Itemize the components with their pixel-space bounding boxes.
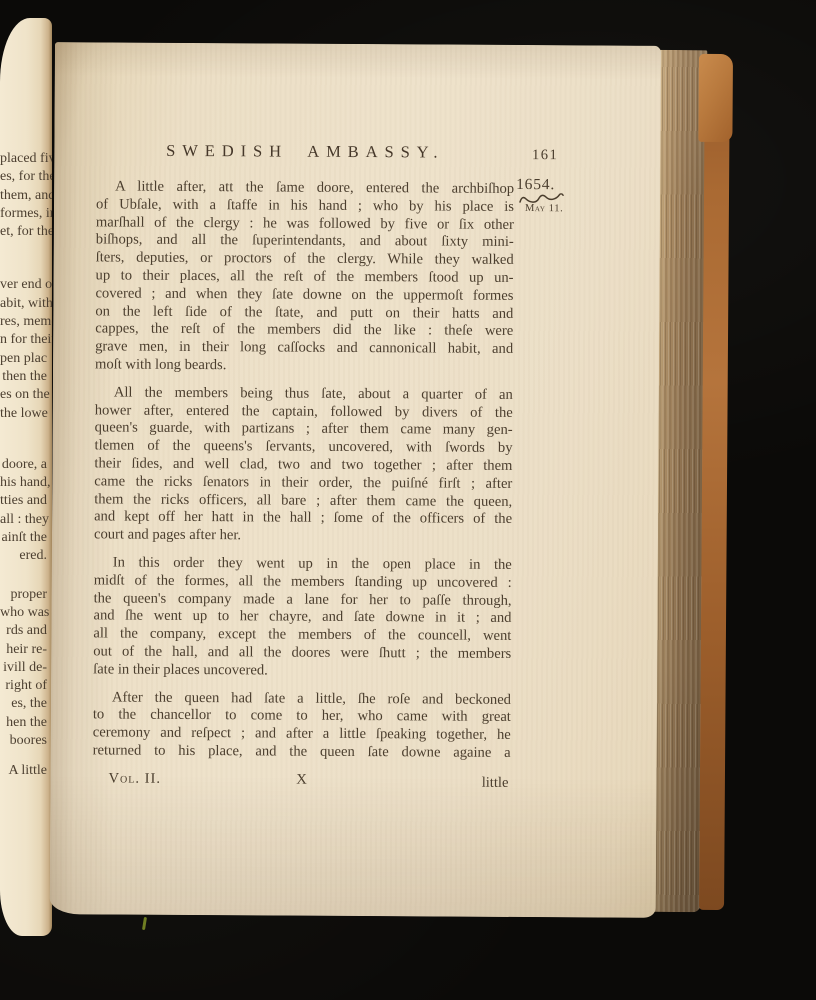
text-line: ſate in their places uncovered. xyxy=(93,661,511,681)
facing-page-line: them, and xyxy=(0,187,52,205)
page-number: 161 xyxy=(532,147,558,164)
footer-row: Vol. II. X little xyxy=(92,770,510,793)
facing-page-line: et, for the xyxy=(0,223,52,241)
margin-day: May 11. xyxy=(516,203,594,214)
facing-page-line: ver end of xyxy=(0,276,52,294)
facing-page-line: es, for the xyxy=(0,168,52,186)
facing-page-line: abit, with xyxy=(0,295,52,313)
volume-label: Vol. II. xyxy=(108,770,161,787)
facing-page-line: n for their xyxy=(0,331,52,349)
facing-page-line: heir re- xyxy=(0,641,52,659)
margin-year: 1654. xyxy=(516,176,594,194)
facing-page-line: the lowe xyxy=(0,405,52,423)
stray-fiber xyxy=(142,917,147,930)
paragraph: In this order they went up in the open p… xyxy=(93,554,512,681)
facing-page-line: tties and xyxy=(0,492,52,510)
running-head-row: SWEDISH AMBASSY. 161 xyxy=(96,140,514,167)
text-line: midſt of the formes, all the members ſta… xyxy=(94,572,512,592)
photo-background: placed fives, for thethem, andformes, in… xyxy=(0,0,816,1000)
facing-page-line: res, mem- xyxy=(0,313,52,331)
paragraph: A little after, att the ſame doore, ente… xyxy=(95,178,514,376)
facing-page-line: ivill de- xyxy=(0,659,52,677)
facing-page-line: pen plac xyxy=(0,350,52,368)
facing-page-edge: placed fives, for thethem, andformes, in… xyxy=(0,18,52,936)
text-line: of Ubſale, with a ſtaffe in his hand ; w… xyxy=(96,196,514,216)
facing-page-line: then the xyxy=(0,368,52,386)
text-line: In this order they went up in the open p… xyxy=(94,554,512,574)
facing-page-line: ainſt the xyxy=(0,529,52,547)
facing-page-line: proper xyxy=(0,586,52,604)
book-cover-edge xyxy=(699,58,730,910)
paragraph: After the queen had ſate a little, ſhe r… xyxy=(93,689,511,763)
facing-page-line: doore, a xyxy=(0,456,52,474)
catchword: little xyxy=(482,774,509,791)
facing-page-line: ered. xyxy=(0,547,52,565)
facing-page-line: es on the xyxy=(0,386,52,404)
facing-page-line: hen the xyxy=(0,714,52,732)
margin-date-note: 1654. May 11. xyxy=(516,176,594,214)
text-line: A little after, att the ſame doore, ente… xyxy=(96,178,514,198)
text-line: their ſides, and well clad, two and two … xyxy=(94,455,512,475)
text-line: covered ; and when they ſate downe on th… xyxy=(95,285,513,305)
running-head: SWEDISH AMBASSY. xyxy=(96,140,514,163)
facing-page-line: all : they xyxy=(0,511,52,529)
paragraph: All the members being thus ſate, about a… xyxy=(94,384,513,547)
facing-page-line: his hand, xyxy=(0,474,52,492)
text-line: All the members being thus ſate, about a… xyxy=(95,384,513,404)
facing-page-lines: placed fives, for thethem, andformes, in… xyxy=(0,150,52,781)
facing-page-line: right of xyxy=(0,677,52,695)
text-line: up to their places, all the reſt of the … xyxy=(96,267,514,287)
text-line: out of the hall, and all the doores were… xyxy=(93,643,511,663)
facing-page-line: who was xyxy=(0,604,52,622)
facing-page-line: formes, in xyxy=(0,205,52,223)
text-line: returned to his place, and the queen ſat… xyxy=(93,742,511,762)
facing-page-line: rds and xyxy=(0,622,52,640)
book-page: SWEDISH AMBASSY. 161 A little after, att… xyxy=(50,42,661,918)
facing-page-line: boores xyxy=(0,732,52,750)
facing-page-line: placed fiv xyxy=(0,150,52,168)
text-column: SWEDISH AMBASSY. 161 A little after, att… xyxy=(92,140,514,792)
text-line: came the ricks ſenators in their order, … xyxy=(94,473,512,493)
facing-page-line: A little xyxy=(0,762,52,780)
facing-page-line: es, the xyxy=(0,695,52,713)
text-line: moſt with long beards. xyxy=(95,356,513,376)
text-line: court and pages after her. xyxy=(94,527,512,547)
paragraphs: A little after, att the ſame doore, ente… xyxy=(93,178,515,762)
